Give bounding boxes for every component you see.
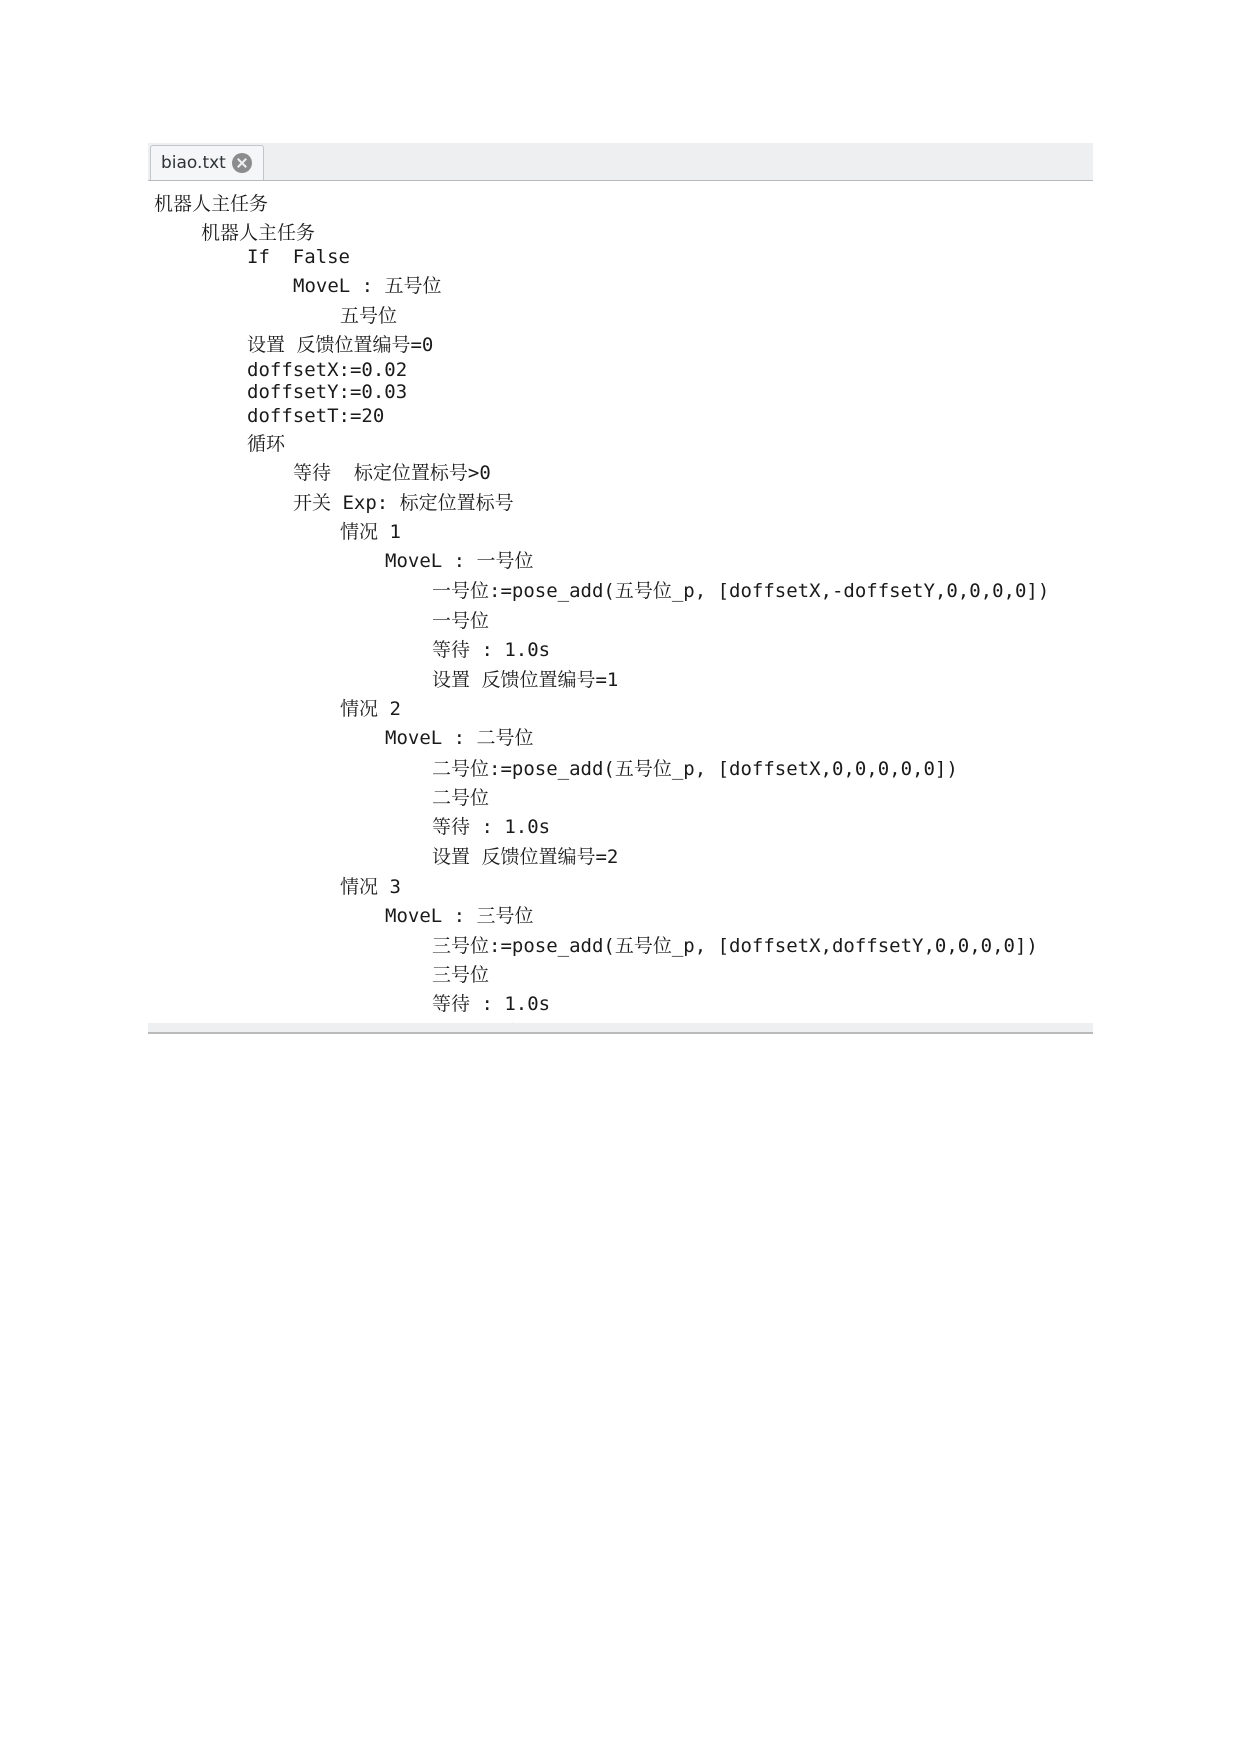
code-line: doffsetY:=0.03 bbox=[247, 380, 407, 404]
code-line: 一号位 bbox=[432, 609, 489, 633]
code-line: 等待 : 1.0s bbox=[432, 638, 550, 662]
code-line: 情况 2 bbox=[340, 697, 401, 721]
code-line: 三号位 bbox=[432, 963, 489, 987]
code-line: MoveL : 五号位 bbox=[293, 274, 442, 298]
code-line: 情况 1 bbox=[340, 520, 401, 544]
code-line: 设置 反馈位置编号=2 bbox=[432, 845, 618, 869]
code-line: 循环 bbox=[247, 432, 285, 456]
close-circle-icon[interactable] bbox=[232, 153, 252, 173]
code-line: 等待 标定位置标号>0 bbox=[293, 461, 491, 485]
text-content-area[interactable]: 机器人主任务机器人主任务If FalseMoveL : 五号位五号位设置 反馈位… bbox=[148, 181, 1093, 1023]
code-line: If False bbox=[247, 245, 350, 269]
code-line: 二号位 bbox=[432, 786, 489, 810]
code-line: 设置 反馈位置编号=0 bbox=[247, 333, 433, 357]
code-line: 五号位 bbox=[340, 304, 397, 328]
code-line: 等待 : 1.0s bbox=[432, 815, 550, 839]
code-line: MoveL : 二号位 bbox=[385, 726, 534, 750]
code-line: 设置 反馈位置编号=1 bbox=[432, 668, 618, 692]
code-line: 机器人主任务 bbox=[154, 192, 268, 216]
code-line: 开关 Exp: 标定位置标号 bbox=[293, 491, 514, 515]
code-line: 等待 : 1.0s bbox=[432, 992, 550, 1016]
code-line: 情况 3 bbox=[340, 875, 401, 899]
code-line: 二号位:=pose_add(五号位_p, [doffsetX,0,0,0,0,0… bbox=[432, 757, 958, 781]
code-line: 三号位:=pose_add(五号位_p, [doffsetX,doffsetY,… bbox=[432, 934, 1038, 958]
tab-label: biao.txt bbox=[161, 153, 226, 173]
tab-biao-txt[interactable]: biao.txt bbox=[150, 145, 264, 180]
tab-bar: biao.txt bbox=[148, 143, 1093, 181]
status-bar bbox=[148, 1023, 1093, 1034]
code-line: doffsetT:=20 bbox=[247, 404, 384, 428]
code-line: MoveL : 一号位 bbox=[385, 549, 534, 573]
code-line: MoveL : 三号位 bbox=[385, 904, 534, 928]
code-line: doffsetX:=0.02 bbox=[247, 358, 407, 382]
code-line: 一号位:=pose_add(五号位_p, [doffsetX,-doffsetY… bbox=[432, 579, 1049, 603]
text-editor-window: biao.txt 机器人主任务机器人主任务If FalseMoveL : 五号位… bbox=[148, 143, 1093, 1033]
code-line: 机器人主任务 bbox=[201, 221, 315, 245]
